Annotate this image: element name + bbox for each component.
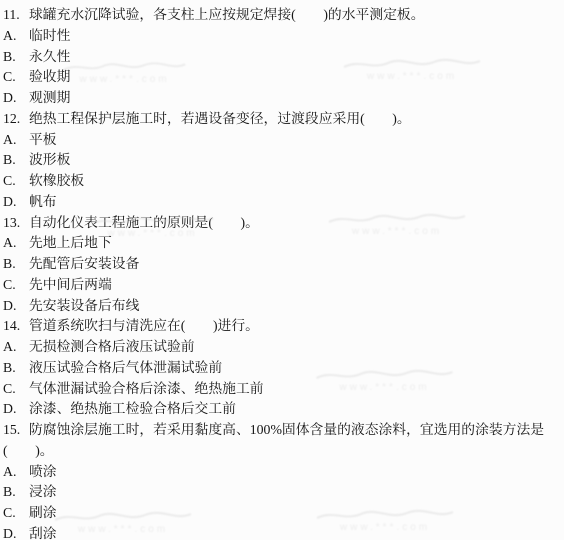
option-text: 先安装设备后布线	[29, 298, 139, 313]
option-row: C.刷涂	[3, 503, 562, 524]
option-text: 波形板	[29, 152, 70, 167]
question-number: 14.	[3, 316, 29, 337]
question-number: 12.	[3, 109, 29, 130]
option-row: B.先配管后安装设备	[3, 254, 562, 275]
option-text: 临时性	[29, 28, 70, 43]
question-stem: 13.自动化仪表工程施工的原则是( )。	[3, 213, 562, 234]
option-label: C.	[3, 379, 29, 400]
question-stem: 12.绝热工程保护层施工时，若遇设备变径，过渡段应采用( )。	[3, 109, 562, 130]
option-row: A.临时性	[3, 26, 562, 47]
option-row: A.无损检测合格后液压试验前	[3, 337, 562, 358]
option-text: 浸涂	[29, 484, 57, 499]
question-stem: 11.球罐充水沉降试验，各支柱上应按规定焊接( )的水平测定板。	[3, 5, 562, 26]
option-label: A.	[3, 130, 29, 151]
option-label: B.	[3, 47, 29, 68]
question-block-11: 11.球罐充水沉降试验，各支柱上应按规定焊接( )的水平测定板。 A.临时性 B…	[3, 5, 562, 109]
question-number: 15.	[3, 420, 29, 441]
option-row: B.浸涂	[3, 482, 562, 503]
exam-page: www.***.com www.***.com www.***.com www.…	[0, 0, 564, 540]
option-text: 帆布	[29, 194, 57, 209]
option-label: A.	[3, 26, 29, 47]
option-text: 永久性	[29, 49, 70, 64]
option-row: D.涂漆、绝热施工检验合格后交工前	[3, 399, 562, 420]
option-label: B.	[3, 150, 29, 171]
option-text: 软橡胶板	[29, 173, 84, 188]
option-text: 先地上后地下	[29, 235, 112, 250]
option-row: A.先地上后地下	[3, 233, 562, 254]
option-row: B.液压试验合格后气体泄漏试验前	[3, 358, 562, 379]
question-stem: 14.管道系统吹扫与清洗应在( )进行。	[3, 316, 562, 337]
question-text: 球罐充水沉降试验，各支柱上应按规定焊接( )的水平测定板。	[29, 7, 425, 22]
question-text: 防腐蚀涂层施工时，若采用黏度高、100%固体含量的液态涂料，宜选用的涂装方法是	[29, 422, 544, 437]
option-text: 刮涂	[29, 526, 57, 540]
option-label: C.	[3, 67, 29, 88]
option-label: A.	[3, 233, 29, 254]
option-label: C.	[3, 275, 29, 296]
option-row: D.观测期	[3, 88, 562, 109]
option-row: D.帆布	[3, 192, 562, 213]
question-number: 13.	[3, 213, 29, 234]
option-label: D.	[3, 296, 29, 317]
option-row: A.喷涂	[3, 462, 562, 483]
option-label: C.	[3, 171, 29, 192]
question-text: 管道系统吹扫与清洗应在( )进行。	[29, 318, 259, 333]
option-label: D.	[3, 524, 29, 540]
option-row: C.验收期	[3, 67, 562, 88]
option-label: B.	[3, 482, 29, 503]
question-block-12: 12.绝热工程保护层施工时，若遇设备变径，过渡段应采用( )。 A.平板 B.波…	[3, 109, 562, 213]
option-row: C.气体泄漏试验合格后涂漆、绝热施工前	[3, 379, 562, 400]
option-label: D.	[3, 88, 29, 109]
option-text: 验收期	[29, 69, 70, 84]
option-text: 无损检测合格后液压试验前	[29, 339, 195, 354]
option-text: 平板	[29, 132, 57, 147]
option-label: A.	[3, 462, 29, 483]
option-label: C.	[3, 503, 29, 524]
option-label: D.	[3, 399, 29, 420]
option-text: 先配管后安装设备	[29, 256, 139, 271]
question-stem-continuation: ( )。	[3, 441, 562, 462]
question-block-13: 13.自动化仪表工程施工的原则是( )。 A.先地上后地下 B.先配管后安装设备…	[3, 213, 562, 317]
option-row: C.软橡胶板	[3, 171, 562, 192]
question-number: 11.	[3, 5, 29, 26]
question-text: 绝热工程保护层施工时，若遇设备变径，过渡段应采用( )。	[29, 111, 411, 126]
question-block-15: 15.防腐蚀涂层施工时，若采用黏度高、100%固体含量的液态涂料，宜选用的涂装方…	[3, 420, 562, 540]
option-text: 气体泄漏试验合格后涂漆、绝热施工前	[29, 381, 264, 396]
option-text: 刷涂	[29, 505, 57, 520]
option-row: C.先中间后两端	[3, 275, 562, 296]
option-label: B.	[3, 254, 29, 275]
question-block-14: 14.管道系统吹扫与清洗应在( )进行。 A.无损检测合格后液压试验前 B.液压…	[3, 316, 562, 420]
option-row: D.先安装设备后布线	[3, 296, 562, 317]
option-label: D.	[3, 192, 29, 213]
option-text: 喷涂	[29, 464, 57, 479]
option-label: A.	[3, 337, 29, 358]
option-text: 先中间后两端	[29, 277, 112, 292]
option-label: B.	[3, 358, 29, 379]
option-text: 观测期	[29, 90, 70, 105]
option-text: 液压试验合格后气体泄漏试验前	[29, 360, 222, 375]
question-stem: 15.防腐蚀涂层施工时，若采用黏度高、100%固体含量的液态涂料，宜选用的涂装方…	[3, 420, 562, 441]
option-row: A.平板	[3, 130, 562, 151]
option-row: B.波形板	[3, 150, 562, 171]
option-text: 涂漆、绝热施工检验合格后交工前	[29, 401, 236, 416]
option-row: D.刮涂	[3, 524, 562, 540]
option-row: B.永久性	[3, 47, 562, 68]
question-text: 自动化仪表工程施工的原则是( )。	[29, 215, 259, 230]
